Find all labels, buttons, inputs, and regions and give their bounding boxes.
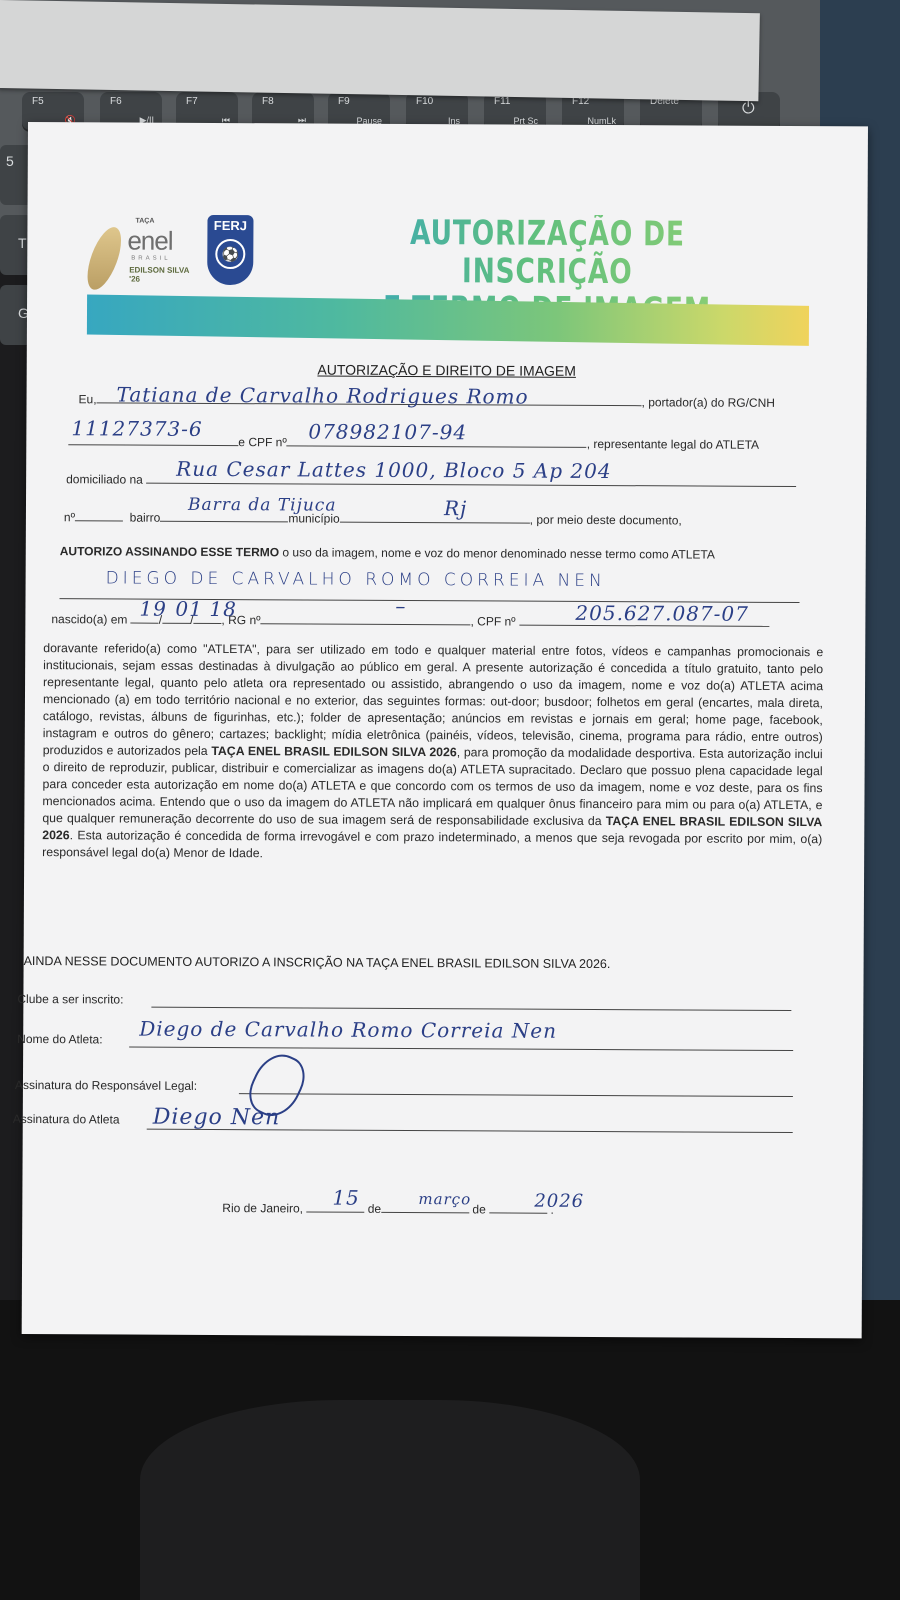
ferj-logo: FERJ ⚽ xyxy=(207,215,253,285)
bairro-value[interactable]: Barra da Tijuca xyxy=(188,495,337,516)
autorizo-line: AUTORIZO ASSINANDO ESSE TERMO o uso da i… xyxy=(60,544,715,561)
rg-atleta-value[interactable]: – xyxy=(395,594,406,618)
assin-resp-label: Assinatura do Responsável Legal: xyxy=(15,1078,197,1093)
form-header: TAÇA enel BRASIL EDILSON SILVA '26 FERJ … xyxy=(87,200,810,349)
nascido-month[interactable]: 01 xyxy=(175,597,203,621)
fabric xyxy=(140,1400,640,1600)
volleyball-icon: ⚽ xyxy=(215,239,245,269)
nascido-year[interactable]: 18 xyxy=(209,597,237,621)
date-month[interactable]: março xyxy=(418,1190,471,1208)
nome-label: Nome do Atleta: xyxy=(17,1032,102,1046)
clube-label: Clube a ser inscrito: xyxy=(17,992,123,1007)
assin-resp-field[interactable] xyxy=(239,1093,793,1097)
rg-value[interactable]: 11127373-6 xyxy=(71,416,202,441)
clube-field[interactable] xyxy=(151,1007,791,1011)
section-title: AUTORIZAÇÃO E DIREITO DE IMAGEM xyxy=(27,360,867,380)
enel-swirl-icon xyxy=(81,223,128,294)
authorization-terms: doravante referido(a) como "ATLETA", par… xyxy=(42,640,823,865)
date-line: Rio de Janeiro, de de . xyxy=(222,1201,554,1217)
nome-value[interactable]: Diego de Carvalho Romo Correia Nen xyxy=(139,1017,557,1043)
atleta-signature: Diego Nen xyxy=(153,1105,281,1131)
cpf-atleta-value[interactable]: 205.627.087-07 xyxy=(575,601,749,626)
nascido-day[interactable]: 19 xyxy=(139,597,167,621)
inscricao-heading: AINDA NESSE DOCUMENTO AUTORIZO A INSCRIÇ… xyxy=(24,954,611,971)
municipio-value[interactable]: Rj xyxy=(444,496,467,520)
date-day[interactable]: 15 xyxy=(332,1186,360,1210)
atleta-value[interactable]: DIEGO DE CARVALHO ROMO CORREIA NEN xyxy=(106,568,606,591)
taca-enel-logo: TAÇA enel BRASIL EDILSON SILVA '26 xyxy=(87,215,197,296)
cpf-value[interactable]: 078982107-94 xyxy=(308,419,467,444)
assin-atleta-label: Assinatura do Atleta xyxy=(13,1112,120,1127)
eu-value[interactable]: Tatiana de Carvalho Rodrigues Romo xyxy=(117,382,529,408)
date-year[interactable]: 2026 xyxy=(534,1191,584,1212)
domiciliado-value[interactable]: Rua Cesar Lattes 1000, Bloco 5 Ap 204 xyxy=(176,457,612,483)
paper-stack-top xyxy=(0,0,760,101)
nome-field[interactable] xyxy=(129,1047,793,1051)
bairro-line: nº bairromunicípio, por meio deste docum… xyxy=(64,510,682,527)
authorization-form: TAÇA enel BRASIL EDILSON SILVA '26 FERJ … xyxy=(22,122,868,1338)
